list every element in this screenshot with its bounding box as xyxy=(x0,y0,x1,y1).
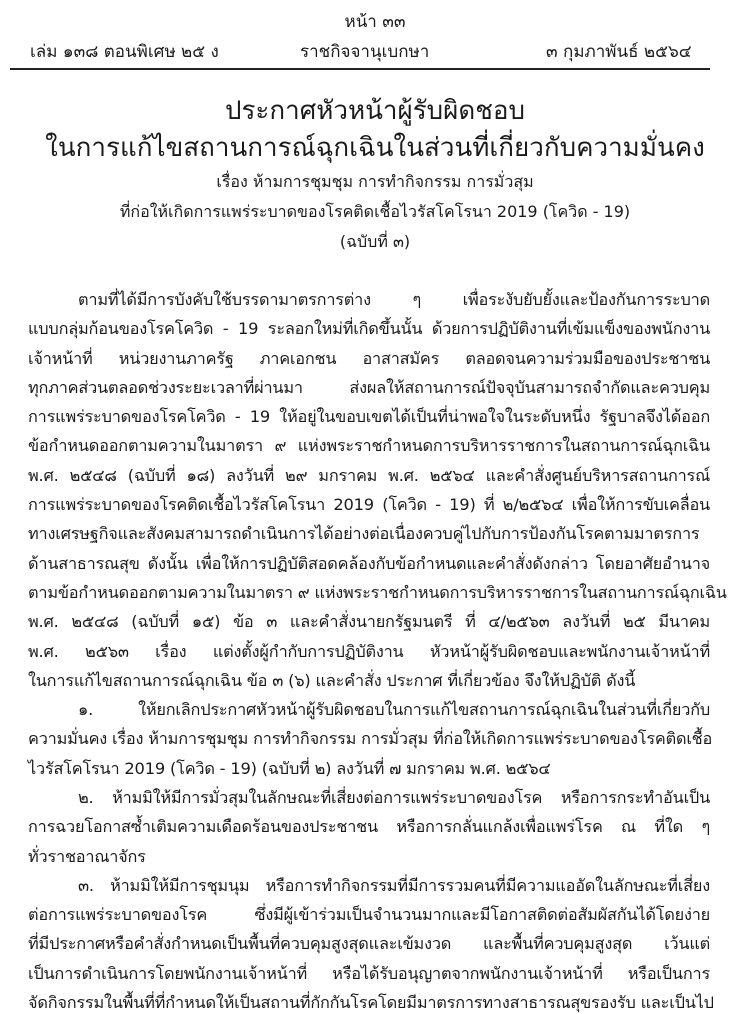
body-line: ในการแก้ไขสถานการณ์ฉุกเฉิน ข้อ ๓ (๖) และ… xyxy=(28,668,710,694)
issue-number: (ฉบับที่ ๓) xyxy=(0,230,750,255)
clause-3-line: จัดกิจกรรมในพื้นที่ที่กำหนดให้เป็นสถานที… xyxy=(28,990,710,1014)
body-line: แบบกลุ่มก้อนของโรคโควิด - 19 ระลอกใหม่ที… xyxy=(28,316,710,342)
clause-3-line: ๓. ห้ามมิให้มีการชุมนุม หรือการทำกิจกรรม… xyxy=(78,873,710,899)
clause-2-line: ทั่วราชอาณาจักร xyxy=(28,844,710,870)
body-line: ตามข้อกำหนดออกตามความในมาตรา ๙ แห่งพระรา… xyxy=(28,580,710,606)
clause-1-line: ๑. ให้ยกเลิกประกาศหัวหน้าผู้รับผิดชอบในก… xyxy=(78,697,710,723)
clause-1-line: ความมั่นคง เรื่อง ห้ามการชุมชุม การทำกิจ… xyxy=(28,726,710,752)
publication-date: ๓ กุมภาพันธ์ ๒๕๖๔ xyxy=(546,38,692,65)
clause-1-line: ไวรัสโคโรนา 2019 (โควิด - 19) (ฉบับที่ ๒… xyxy=(28,756,710,782)
body-line: ทุกภาคส่วนตลอดช่วงระยะเวลาที่ผ่านมา ส่งผ… xyxy=(28,375,710,401)
page-number: หน้า ๓๓ xyxy=(0,8,750,35)
body-line: ทางเศรษฐกิจและสังคมสามารถดำเนินการได้อย่… xyxy=(28,521,710,547)
gazette-name: ราชกิจจานุเบกษา xyxy=(300,38,429,65)
body-line: ตามที่ได้มีการบังคับใช้บรรดามาตรการต่าง … xyxy=(78,287,710,313)
title-line-1: ประกาศหัวหน้าผู้รับผิดชอบ xyxy=(0,90,750,131)
body-line: การแพร่ระบาดของโรคติดเชื้อไวรัสโคโรนา 20… xyxy=(28,492,710,518)
subject-line-2: ที่ก่อให้เกิดการแพร่ระบาดของโรคติดเชื้อไ… xyxy=(0,200,750,225)
body-line: พ.ศ. ๒๕๔๘ (ฉบับที่ ๑๘) ลงวันที่ ๒๙ มกราค… xyxy=(28,463,710,489)
subject-line-1: เรื่อง ห้ามการชุมชุม การทำกิจกรรม การมั่… xyxy=(0,170,750,195)
clause-2-line: การฉวยโอกาสซ้ำเติมความเดือดร้อนของประชาช… xyxy=(28,814,710,840)
clause-3-line: เป็นการดำเนินการโดยพนักงานเจ้าหน้าที่ หร… xyxy=(28,961,710,987)
header-divider xyxy=(10,68,710,70)
body-line: ด้านสาธารณสุข ดังนั้น เพื่อให้การปฏิบัติ… xyxy=(28,551,710,577)
volume-info: เล่ม ๑๓๘ ตอนพิเศษ ๒๕ ง xyxy=(30,38,219,65)
body-line: เจ้าหน้าที่ หน่วยงานภาครัฐ ภาคเอกชน อาสา… xyxy=(28,346,710,372)
clause-2-line: ๒. ห้ามมิให้มีการมั่วสุมในลักษณะที่เสี่ย… xyxy=(78,785,710,811)
body-line: พ.ศ. ๒๕๖๓ เรื่อง แต่งตั้งผู้กำกับการปฏิบ… xyxy=(28,639,710,665)
body-line: ข้อกำหนดออกตามความในมาตรา ๙ แห่งพระราชกำ… xyxy=(28,433,710,459)
clause-3-line: ต่อการแพร่ระบาดของโรค ซึ่งมีผู้เข้าร่วมเ… xyxy=(28,902,710,928)
title-line-2: ในการแก้ไขสถานการณ์ฉุกเฉินในส่วนที่เกี่ย… xyxy=(0,127,750,168)
body-line: การแพร่ระบาดของโรคโควิด - 19 ให้อยู่ในขอ… xyxy=(28,404,710,430)
clause-3-line: ที่มีประกาศหรือคำสั่งกำหนดเป็นพื้นที่ควบ… xyxy=(28,931,710,957)
body-line: พ.ศ. ๒๕๔๘ (ฉบับที่ ๑๕) ข้อ ๓ และคำสั่งนา… xyxy=(28,609,710,635)
